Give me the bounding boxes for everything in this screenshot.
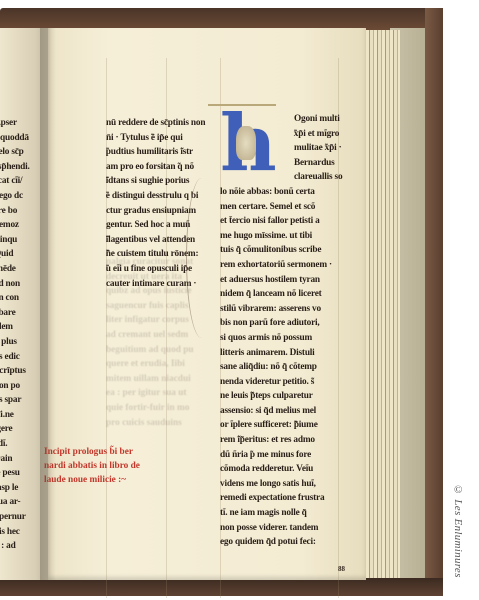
text-line: laude noue milicie :~ — [44, 473, 140, 487]
text-line: ne leuis ̃p̃teps culparetur — [220, 389, 336, 404]
text-line: Incipit prologus b̃i ber — [44, 445, 140, 459]
text-line: ulem — [0, 320, 42, 335]
text-line: edĩ. — [0, 437, 42, 452]
text-line: tuis q̃ cõmulitonibus scribe — [220, 243, 336, 258]
text-line: Quid — [0, 247, 42, 262]
text-line: Ogoni multi — [220, 112, 336, 127]
text-line: : ego dc — [0, 189, 42, 204]
text-line: ī ,pser — [0, 116, 42, 131]
text-line: et aduersus hostilem tyran — [220, 273, 336, 288]
text-line: nidem q̃ lanceam nõ liceret — [220, 287, 336, 302]
binding-top — [0, 8, 440, 30]
text-line: igere — [0, 422, 42, 437]
text-line: bis non parũ fore adiutori, — [220, 316, 336, 331]
text-line: ns edic — [0, 350, 42, 365]
text-line: p plus — [0, 335, 42, 350]
text-line: nenda videretur petitio. s̃ — [220, 375, 336, 390]
text-line: gelo sc̄p — [0, 145, 42, 160]
text-line: stilũ vibrarem: asserens vo — [220, 302, 336, 317]
text-line: ecat cĩi/ — [0, 174, 42, 189]
text-line: dũ ñria ̃p me minus fore — [220, 448, 336, 463]
text-line: rem exhortatoriũ sermonem · — [220, 258, 336, 273]
text-line: nis hec — [0, 525, 42, 540]
text-line: mulitae ̃xp̃i · — [220, 141, 336, 156]
text-line: ego quidem q̃d potui feci: — [220, 535, 336, 550]
text-line: ̃xp̃i et mĩgro — [220, 127, 336, 142]
text-line: īe pesu — [0, 466, 42, 481]
binding-bottom — [0, 578, 443, 596]
text-line: nardi abbatis in libro de — [44, 459, 140, 473]
binding-right — [425, 8, 443, 594]
page-fore-edge — [362, 30, 400, 580]
text-line: gd non — [0, 277, 42, 292]
text-line: non po — [0, 379, 42, 394]
text-line: ns spar — [0, 393, 42, 408]
folio-number: 88 — [338, 565, 345, 573]
text-line: cõmoda redderetur. Veĩu — [220, 462, 336, 477]
text-line: n̄i · Tytulus ̃ē ip̃e qui — [106, 131, 214, 146]
text-line: videns me longo satis huĩ, — [220, 477, 336, 492]
text-line: rem ̃ip̃eritus: et res admo — [220, 433, 336, 448]
text-line: am pro eo forsitan ̃q nõ — [106, 160, 214, 175]
text-line: cua ar- — [0, 495, 42, 510]
right-page: nū reddere de sc̄ptinis nonn̄i · Tytulus… — [48, 28, 366, 580]
text-line: ficrīptus — [0, 364, 42, 379]
text-line: men certare. Semel et scõ — [220, 200, 336, 215]
text-line: assensio: si q̃d melius mel — [220, 404, 336, 419]
text-line: si quos armis nõ possum — [220, 331, 336, 346]
rubric-heading: Incipit prologus b̃i bernardi abbatis in… — [44, 445, 140, 488]
manuscript-photo: ī ,psere quoddāgelo sc̄pesp̃hendi.ecat c… — [0, 0, 479, 600]
text-line: sane aliq̃diu: nõ q̃ cõtemp — [220, 360, 336, 375]
text-line: ̄e inqu — [0, 233, 42, 248]
text-line: tĩ. ne iam magis nolle q̃ — [220, 506, 336, 521]
marginal-flourish — [186, 178, 217, 338]
gutter-shadow — [40, 28, 56, 580]
text-line: esp̃hendi. — [0, 160, 42, 175]
text-line: rīi.ne — [0, 408, 42, 423]
text-line: nū reddere de sc̄ptinis non — [106, 116, 214, 131]
left-page-text: ī ,psere quoddāgelo sc̄pesp̃hendi.ecat c… — [0, 116, 42, 554]
text-line: lo nõie abbas: bonũ certa — [220, 185, 336, 200]
text-line: uemoz — [0, 218, 42, 233]
text-line: Bernardus — [220, 156, 336, 171]
text-line: an con — [0, 291, 42, 306]
text-line: litteris animarem. Distuli — [220, 346, 336, 361]
text-line: remedi expectatione frustra — [220, 491, 336, 506]
text-line: ere bo — [0, 204, 42, 219]
text-line: Dain — [0, 452, 42, 467]
text-line: insp le — [0, 481, 42, 496]
text-line: or ĩplere sufficeret: ̃p̃iume — [220, 418, 336, 433]
text-line: obare — [0, 306, 42, 321]
text-line: et t̄ercio nisi fallor petisti a — [220, 214, 336, 229]
text-line: me hugo mīssime. ut tibi — [220, 229, 336, 244]
text-line: enēde — [0, 262, 42, 277]
copyright-watermark: © Les Enluminures — [452, 484, 464, 578]
text-line: e quoddā — [0, 131, 42, 146]
text-line: upernur — [0, 510, 42, 525]
text-line: non posse viderer. tandem — [220, 521, 336, 536]
text-line: n : ad — [0, 539, 42, 554]
right-column-text: Ogoni multĩxp̃i et mĩgromulitae ̃xp̃i … — [220, 112, 336, 550]
text-line: clareuallis so — [220, 170, 336, 185]
text-line: ̃pudtius humilitaris ̃istr — [106, 145, 214, 160]
